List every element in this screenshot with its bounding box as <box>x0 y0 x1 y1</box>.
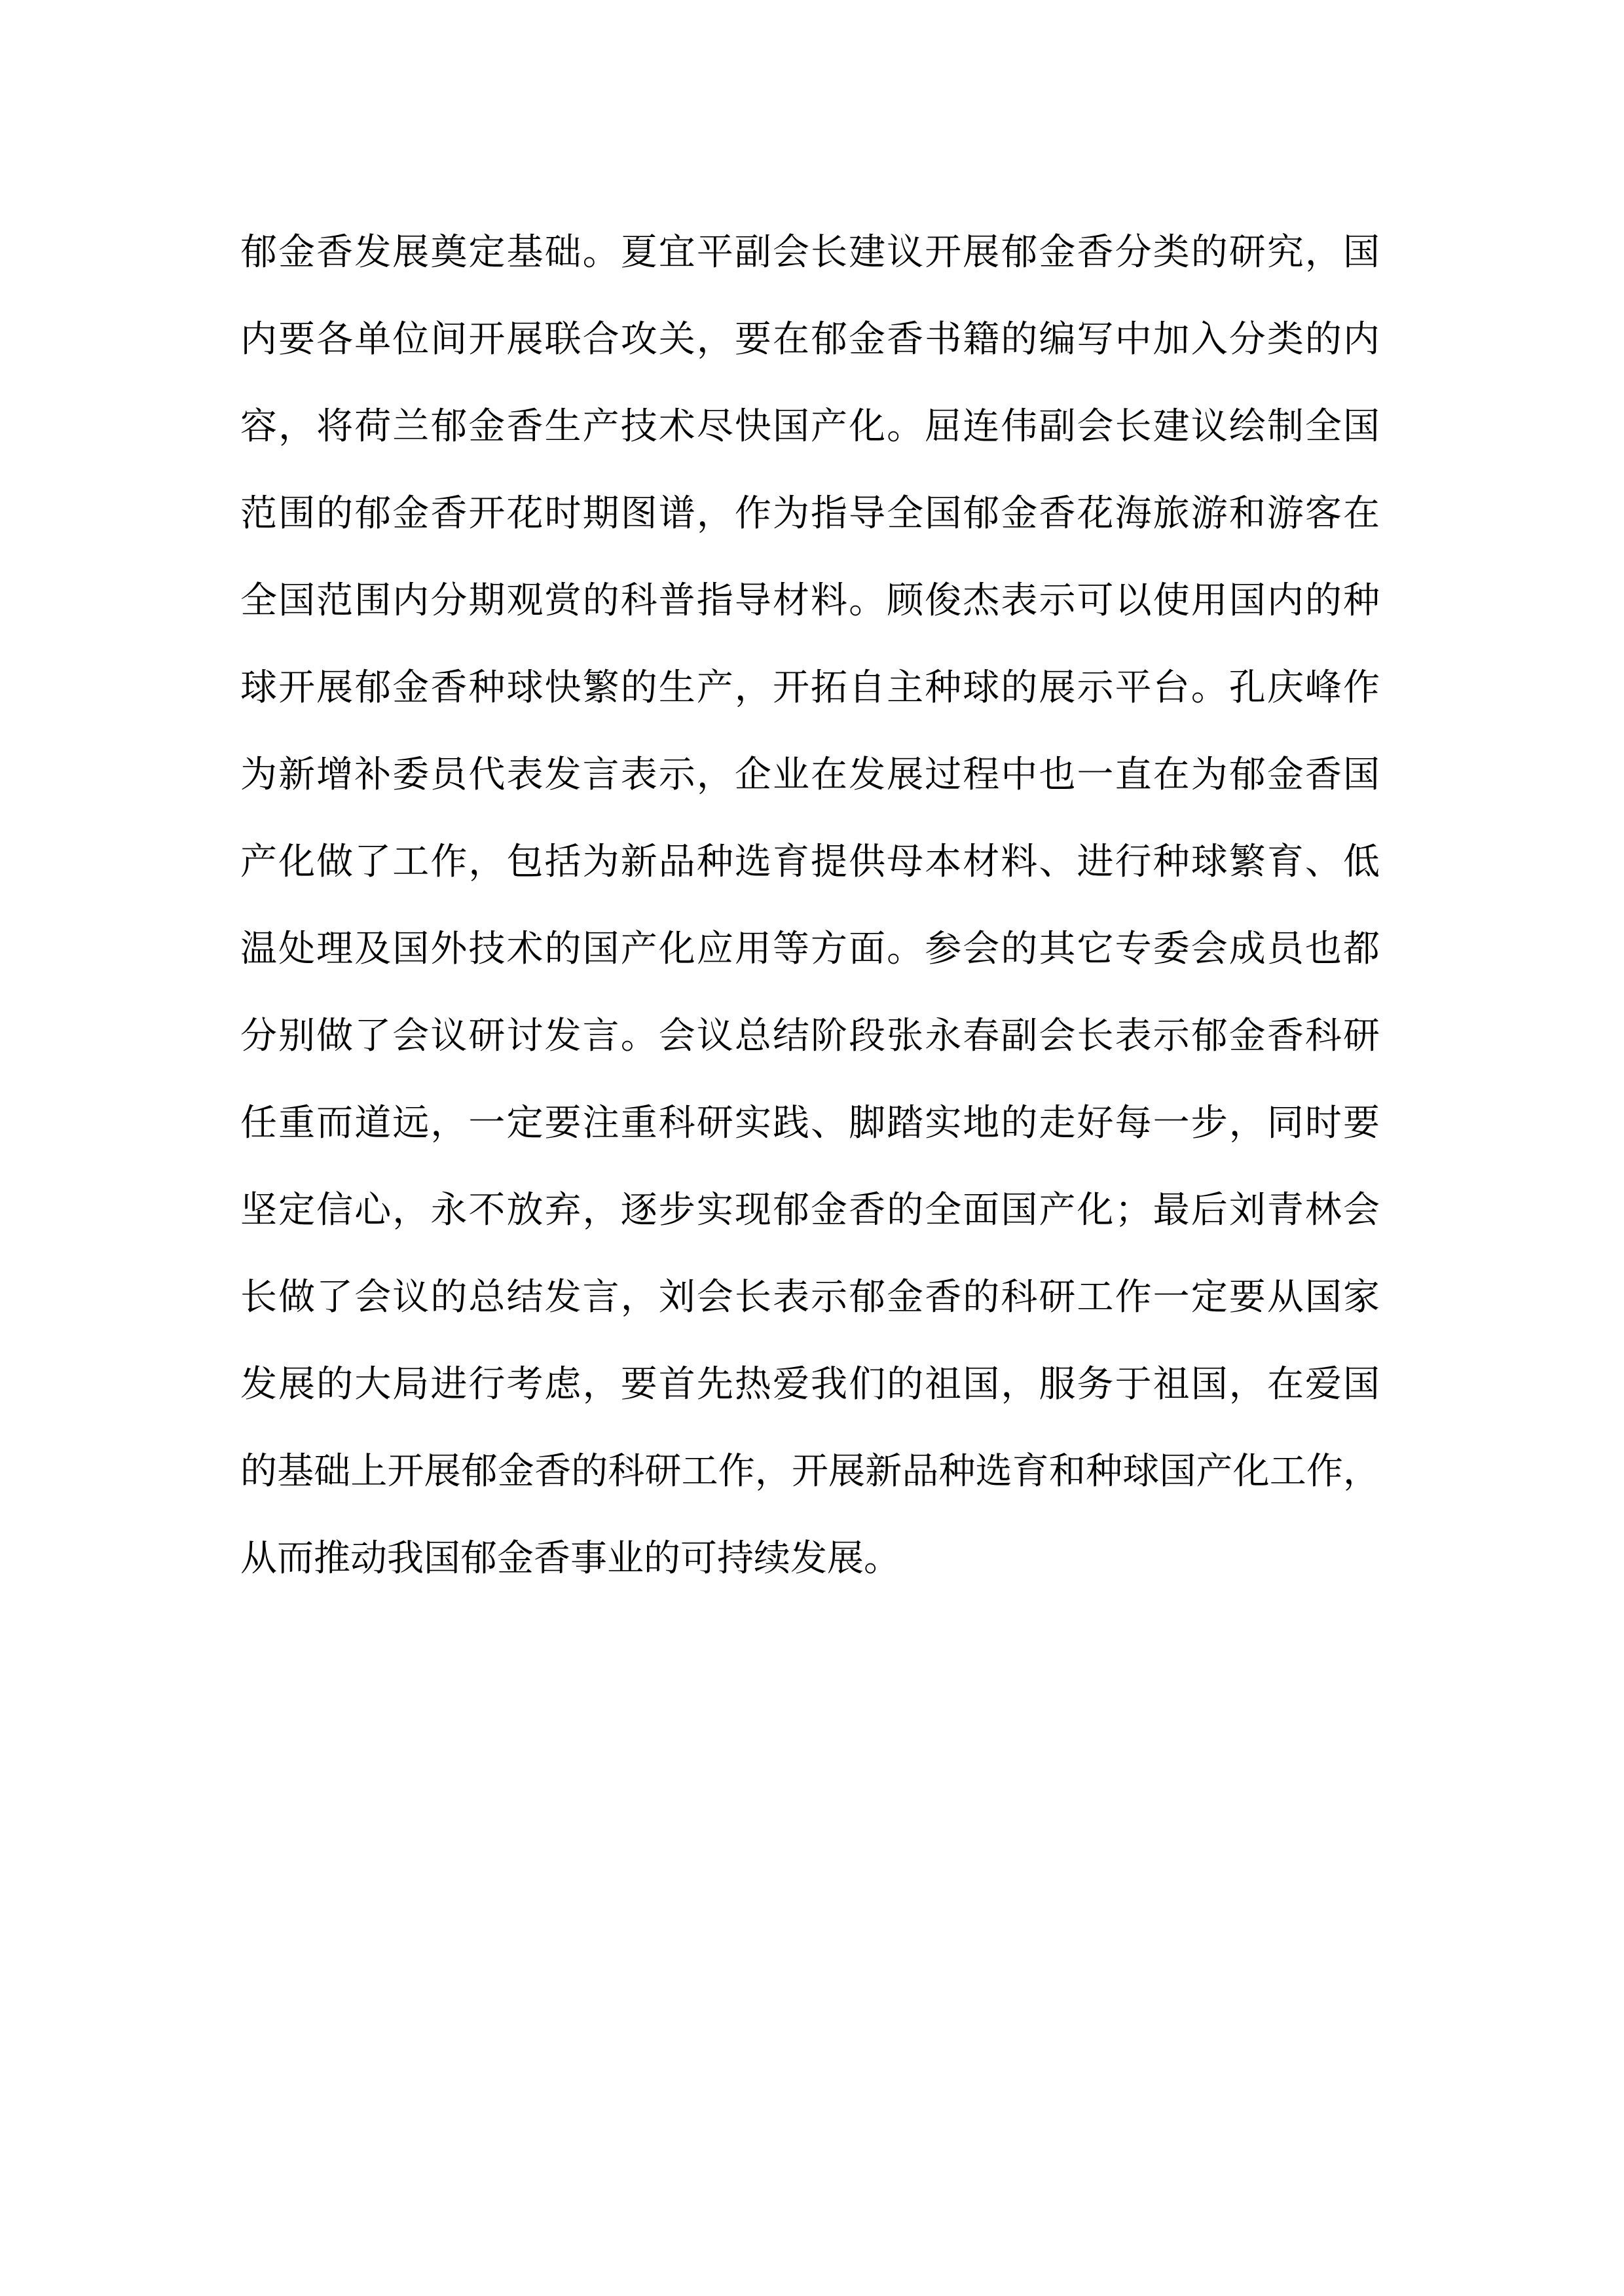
text-line: 产化做了工作，包括为新品种选育提供母本材料、进行种球繁育、低 <box>240 818 1380 905</box>
text-line: 的基础上开展郁金香的科研工作，开展新品种选育和种球国产化工作， <box>240 1427 1380 1514</box>
text-line: 容，将荷兰郁金香生产技术尽快国产化。屈连伟副会长建议绘制全国 <box>240 382 1380 469</box>
document-page: 郁金香发展奠定基础。夏宜平副会长建议开展郁金香分类的研究，国 内要各单位间开展联… <box>0 0 1624 2296</box>
text-line: 温处理及国外技术的国产化应用等方面。参会的其它专委会成员也都 <box>240 905 1380 992</box>
text-line: 全国范围内分期观赏的科普指导材料。顾俊杰表示可以使用国内的种 <box>240 556 1380 644</box>
text-line: 为新增补委员代表发言表示，企业在发展过程中也一直在为郁金香国 <box>240 731 1380 818</box>
text-line: 内要各单位间开展联合攻关，要在郁金香书籍的编写中加入分类的内 <box>240 295 1380 382</box>
text-line: 发展的大局进行考虑，要首先热爱我们的祖国，服务于祖国，在爱国 <box>240 1340 1380 1427</box>
text-line: 范围的郁金香开花时期图谱，作为指导全国郁金香花海旅游和游客在 <box>240 469 1380 556</box>
text-line: 球开展郁金香种球快繁的生产，开拓自主种球的展示平台。孔庆峰作 <box>240 644 1380 731</box>
text-line: 坚定信心，永不放弃，逐步实现郁金香的全面国产化；最后刘青林会 <box>240 1166 1380 1253</box>
text-line: 分别做了会议研讨发言。会议总结阶段张永春副会长表示郁金香科研 <box>240 992 1380 1079</box>
text-line: 长做了会议的总结发言，刘会长表示郁金香的科研工作一定要从国家 <box>240 1253 1380 1340</box>
text-line: 从而推动我国郁金香事业的可持续发展。 <box>240 1514 1380 1601</box>
text-line: 任重而道远，一定要注重科研实践、脚踏实地的走好每一步，同时要 <box>240 1079 1380 1166</box>
paragraph-body: 郁金香发展奠定基础。夏宜平副会长建议开展郁金香分类的研究，国 内要各单位间开展联… <box>240 208 1380 1601</box>
text-line: 郁金香发展奠定基础。夏宜平副会长建议开展郁金香分类的研究，国 <box>240 208 1380 295</box>
